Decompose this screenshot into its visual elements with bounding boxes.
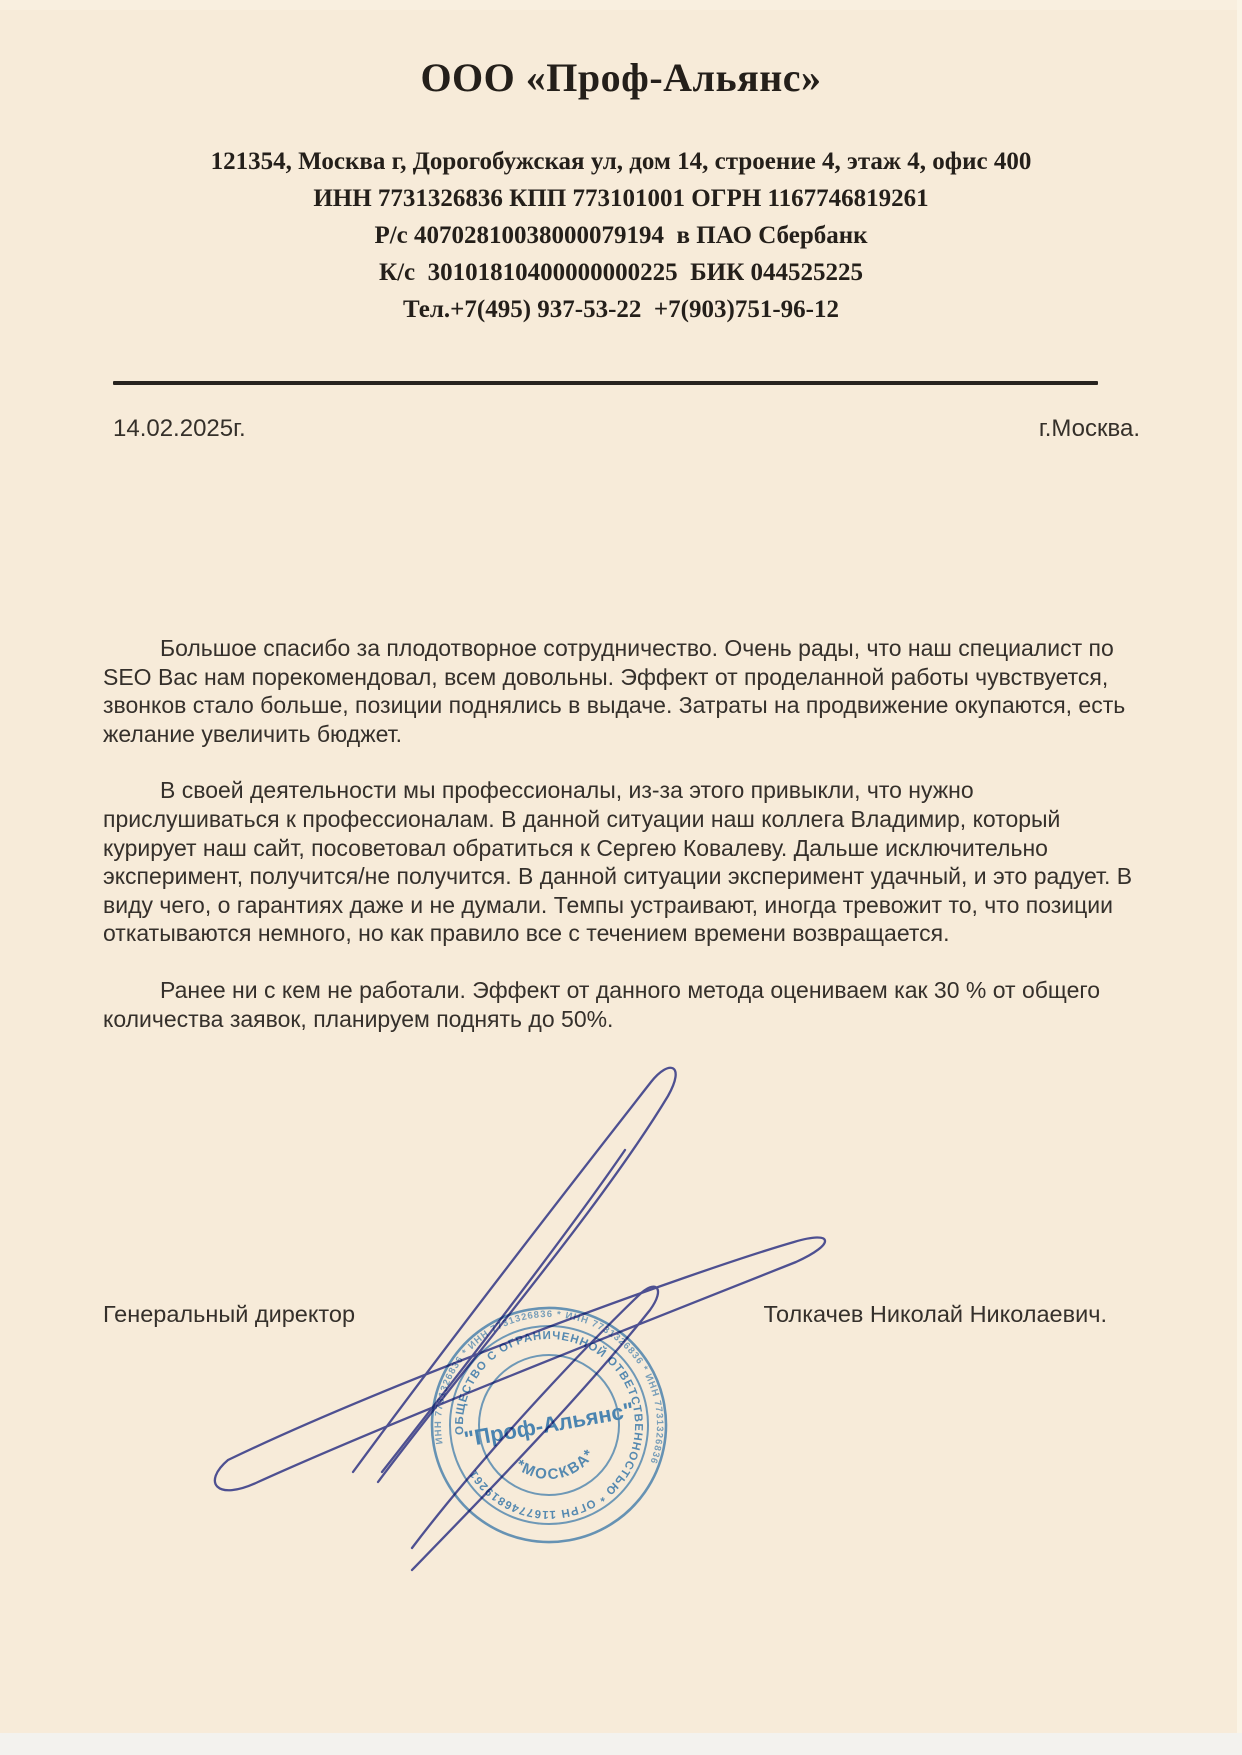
company-corr-account-line: К/с 30101810400000000225 БИК 044525225	[0, 254, 1242, 291]
letterhead: ООО «Проф-Альянс» 121354, Москва г, Доро…	[0, 55, 1242, 328]
signature-loop-lower	[412, 1287, 658, 1570]
header-divider-rule	[113, 381, 1098, 385]
letter-city: г.Москва.	[1039, 415, 1140, 443]
company-inn-kpp-ogrn-line: ИНН 7731326836 КПП 773101001 ОГРН 116774…	[0, 180, 1242, 217]
director-signature-stroke	[150, 1020, 1050, 1580]
scan-edge-top	[0, 0, 1242, 10]
scan-edge-bottom	[0, 1733, 1242, 1755]
letter-date: 14.02.2025г.	[113, 415, 246, 443]
paragraph-gratitude: Большое спасибо за плодотворное сотрудни…	[103, 634, 1143, 748]
company-bank-account-line: Р/с 40702810038000079194 в ПАО Сбербанк	[0, 217, 1242, 254]
company-name: ООО «Проф-Альянс»	[0, 55, 1242, 101]
signature-loop-wide	[215, 1238, 825, 1491]
company-address-line: 121354, Москва г, Дорогобужская ул, дом …	[0, 143, 1242, 180]
scanned-letter-page: ООО «Проф-Альянс» 121354, Москва г, Доро…	[0, 0, 1242, 1755]
date-city-row: 14.02.2025г. г.Москва.	[113, 415, 1140, 443]
paragraph-experience: В своей деятельности мы профессионалы, и…	[103, 776, 1143, 948]
company-phone-line: Тел.+7(495) 937-53-22 +7(903)751-96-12	[0, 291, 1242, 328]
letter-body: Большое спасибо за плодотворное сотрудни…	[103, 634, 1143, 1061]
